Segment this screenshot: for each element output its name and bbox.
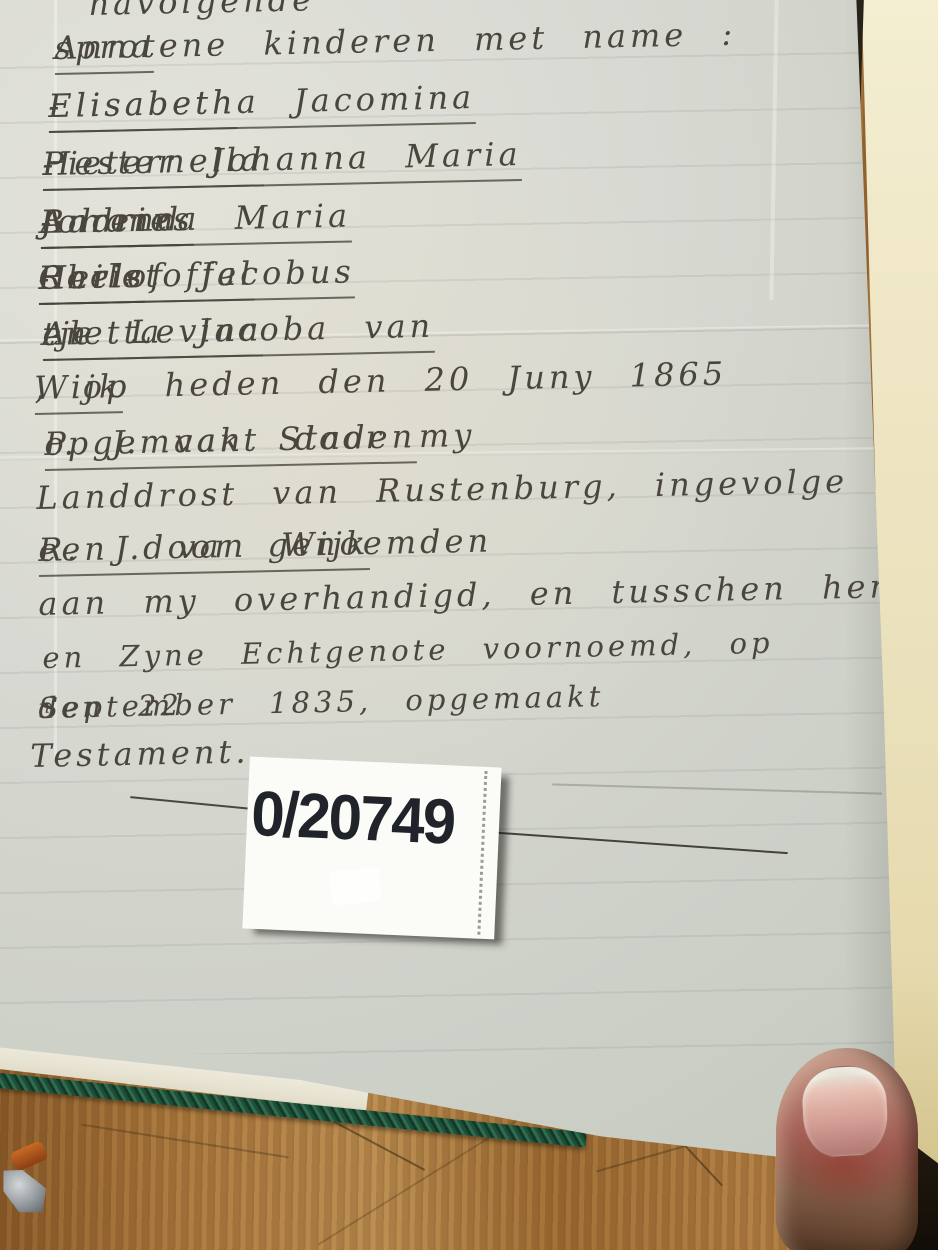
binder-fitting-detail [9, 1140, 48, 1172]
handwritten-segment: - [48, 86, 64, 126]
archive-label-number: 0/20749 [250, 777, 483, 860]
handwritten-segment: en Zyne Echtgenote voornoemd, op [42, 623, 774, 678]
handwritten-segment: Testament. [30, 731, 250, 776]
handwritten-segment: , op heden den 20 Juny 1865 [34, 353, 728, 408]
handwritten-segment: Aletta Jacoba van [42, 306, 435, 361]
wood-scratch [81, 1124, 289, 1159]
handwritten-segment: aan my overhandigd, en tusschen hem [38, 566, 904, 624]
thumb [776, 1048, 918, 1250]
archive-label: 0/20749 [242, 757, 501, 940]
handwritten-segment: Heile [38, 256, 145, 305]
handwritten-segment: Anna [54, 26, 154, 75]
handwritten-segment: R. J. van Wijk [38, 523, 370, 577]
handwritten-segment: Elisabetha Jacomina [48, 77, 476, 133]
handwritten-segment: Landdrost van Rustenburg, ingevolge [36, 461, 849, 518]
handwritten-segment: September 1835, opgemaakt [38, 676, 605, 728]
photo-scene: navolgendesprotene kinderen met name : A… [0, 0, 938, 1250]
handwritten-segment: navolgende [88, 0, 316, 24]
metal-fitting [0, 1162, 51, 1221]
handwritten-segment: Barend [40, 199, 183, 249]
handwritten-segment: P. J. van Staden [44, 416, 417, 471]
label-reflection [329, 867, 382, 906]
manuscript-page: navolgendesprotene kinderen met name : A… [0, 0, 938, 1250]
handwritten-segment: Pieternella [42, 139, 264, 191]
thumb-nail [800, 1064, 891, 1158]
